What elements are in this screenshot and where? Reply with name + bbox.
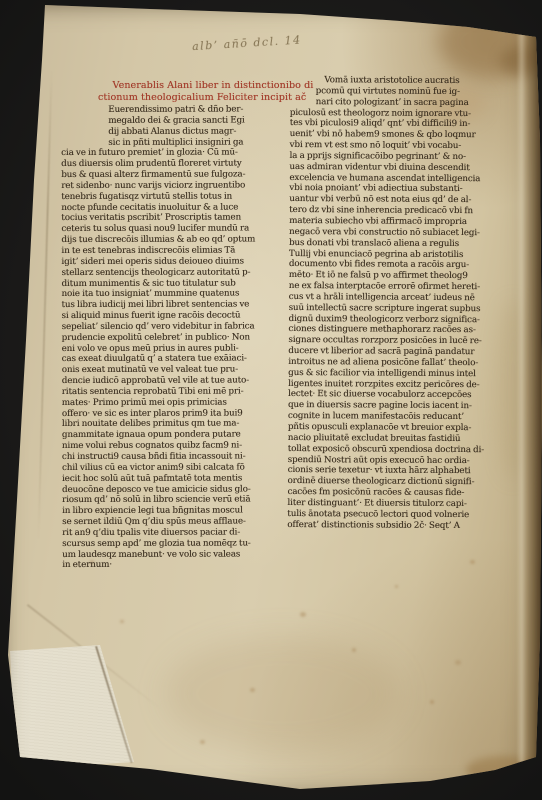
foxing-spot	[300, 612, 306, 617]
crease-left-margin	[37, 70, 52, 540]
foxing-spot	[430, 700, 434, 704]
binding-edge	[516, 26, 542, 762]
stain-bottom-center	[165, 636, 400, 751]
stain-bottom-right	[466, 756, 542, 784]
foxing-spot	[455, 660, 461, 665]
foxing-spot	[470, 560, 475, 564]
photo-backdrop: alb’ añō dcl. 14 Venerablis Alani liber …	[0, 0, 542, 800]
text-column-left: Euerendissimo patri & dño ber- megaldo d…	[61, 104, 314, 571]
handwritten-inscription: alb’ añō dcl. 14	[192, 30, 362, 53]
rubric-incipit: Venerablis Alani liber in distinctionibo…	[98, 80, 313, 105]
foxing-spot	[352, 648, 356, 652]
foxing-spot	[250, 688, 255, 692]
manuscript-page: alb’ añō dcl. 14 Venerablis Alani liber …	[0, 0, 542, 800]
text-column-right: Vomā iuxta aristotolice aucratis pcomū q…	[287, 75, 528, 532]
foxing-spot	[395, 585, 398, 588]
foxing-spot	[200, 740, 205, 744]
foxing-spot	[120, 620, 124, 623]
